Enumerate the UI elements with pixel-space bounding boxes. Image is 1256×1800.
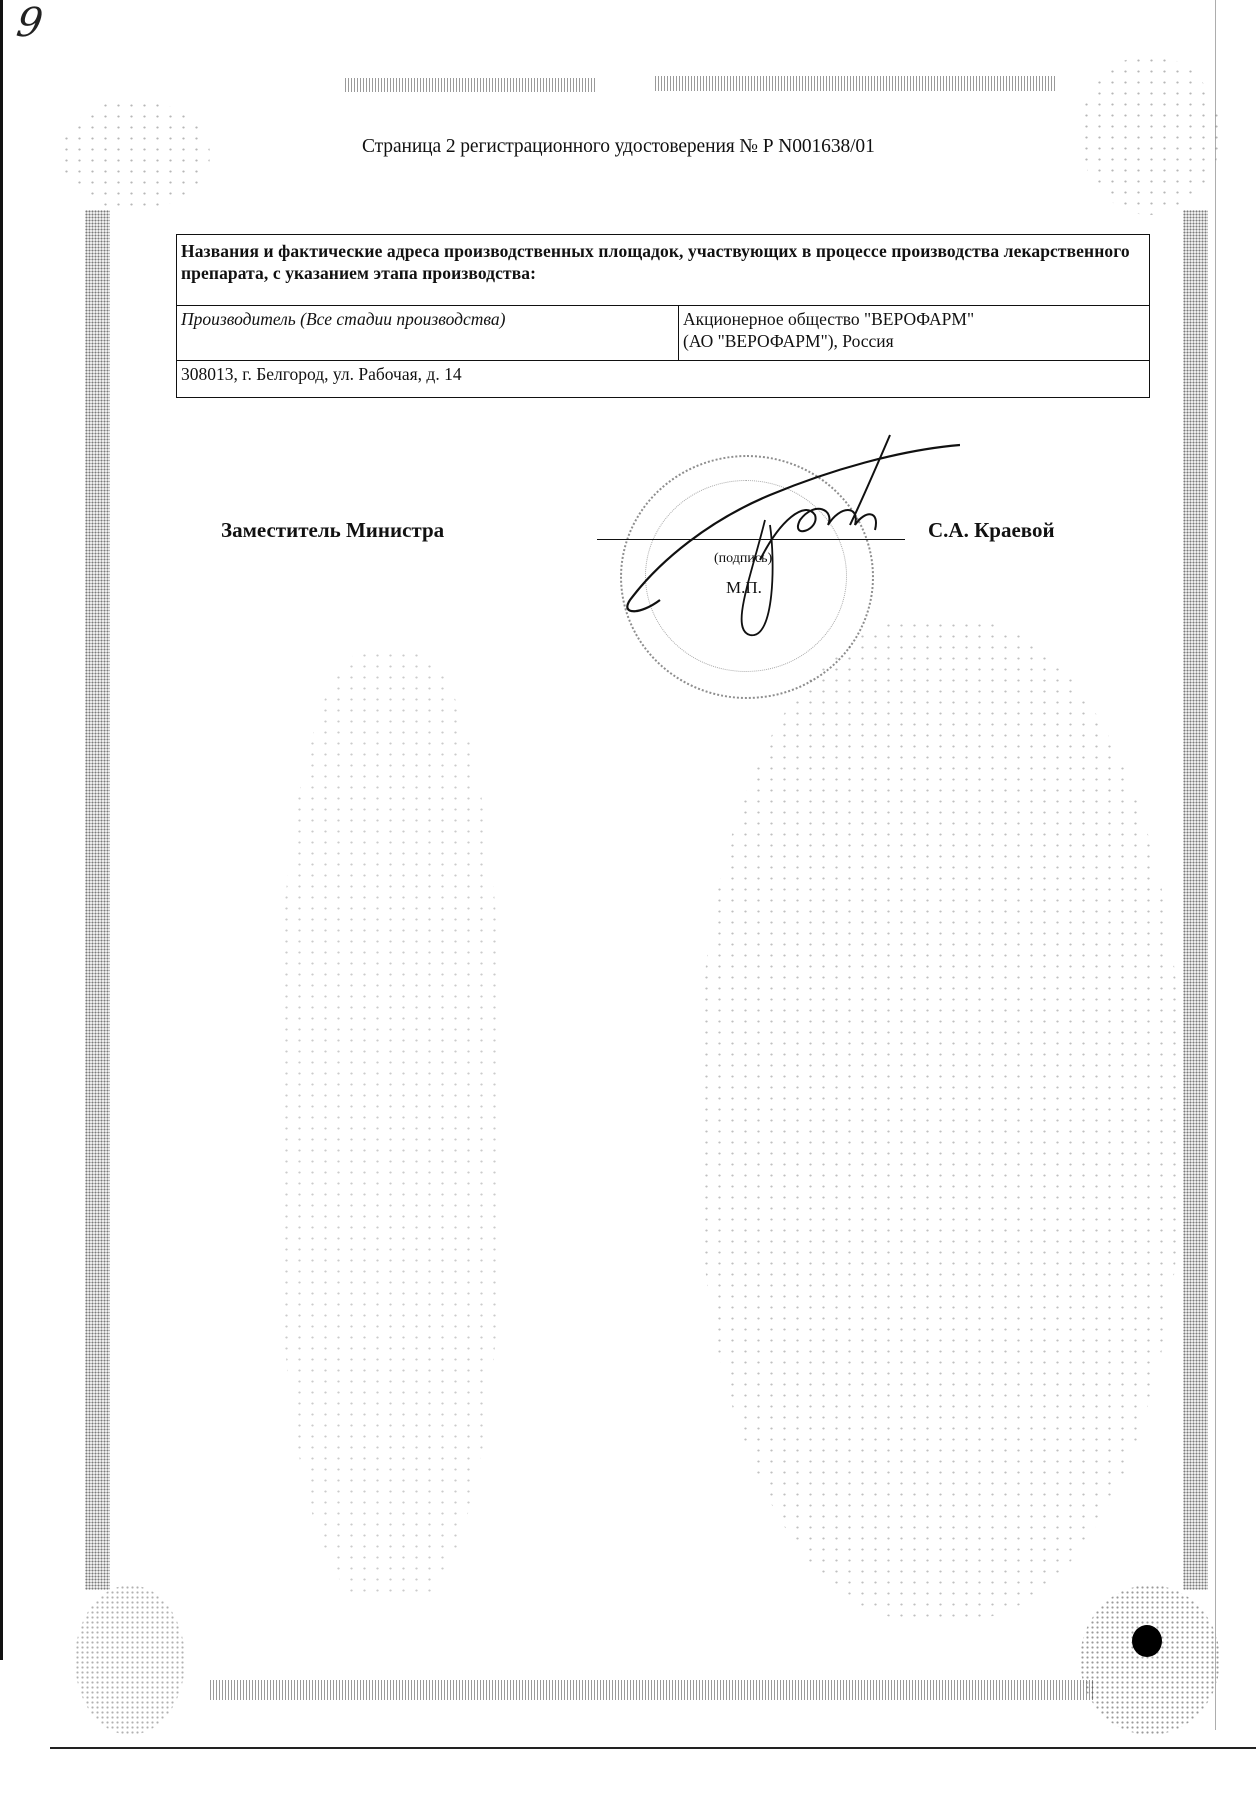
signature-line <box>597 539 905 540</box>
guilloche-pattern-left <box>280 650 500 1600</box>
table-row: Производитель (Все стадии производства) … <box>177 306 1150 361</box>
seal-place-mark: М.П. <box>726 578 762 598</box>
organization-name: Акционерное общество "ВЕРОФАРМ" <box>683 308 1145 330</box>
signatory-name: С.А. Краевой <box>928 518 1055 543</box>
signature-caption: (подпись) <box>714 551 772 567</box>
handwritten-signature-icon <box>600 430 960 640</box>
decorative-left-border <box>85 210 110 1590</box>
decorative-top-band-left <box>345 78 595 92</box>
table-heading: Названия и фактические адреса производст… <box>177 235 1150 306</box>
corner-ornament-bottom-left <box>75 1585 185 1735</box>
producer-organization-cell: Акционерное общество "ВЕРОФАРМ" (АО "ВЕР… <box>679 306 1150 361</box>
page-header: Страница 2 регистрационного удостоверени… <box>362 136 875 158</box>
guilloche-pattern-right <box>700 620 1180 1620</box>
corner-ornament-top-left <box>60 100 210 210</box>
signatory-position: Заместитель Министра <box>221 518 444 543</box>
production-sites-table: Названия и фактические адреса производст… <box>176 234 1150 398</box>
black-dot-mark <box>1132 1625 1162 1657</box>
table-row: 308013, г. Белгород, ул. Рабочая, д. 14 <box>177 361 1150 398</box>
decorative-top-band-right <box>655 76 1055 91</box>
bottom-rule <box>50 1747 1256 1749</box>
decorative-right-border <box>1183 210 1208 1590</box>
decorative-bottom-band <box>210 1680 1095 1700</box>
corner-ornament-bottom-right <box>1080 1585 1220 1735</box>
address-cell: 308013, г. Белгород, ул. Рабочая, д. 14 <box>177 361 1150 398</box>
producer-role-cell: Производитель (Все стадии производства) <box>177 306 679 361</box>
scan-left-edge <box>0 0 3 1660</box>
corner-ornament-top-right <box>1080 55 1220 215</box>
handwritten-page-number: 9 <box>14 0 46 46</box>
outer-right-line <box>1215 0 1216 1730</box>
organization-short-name: (АО "ВЕРОФАРМ"), Россия <box>683 330 1145 352</box>
